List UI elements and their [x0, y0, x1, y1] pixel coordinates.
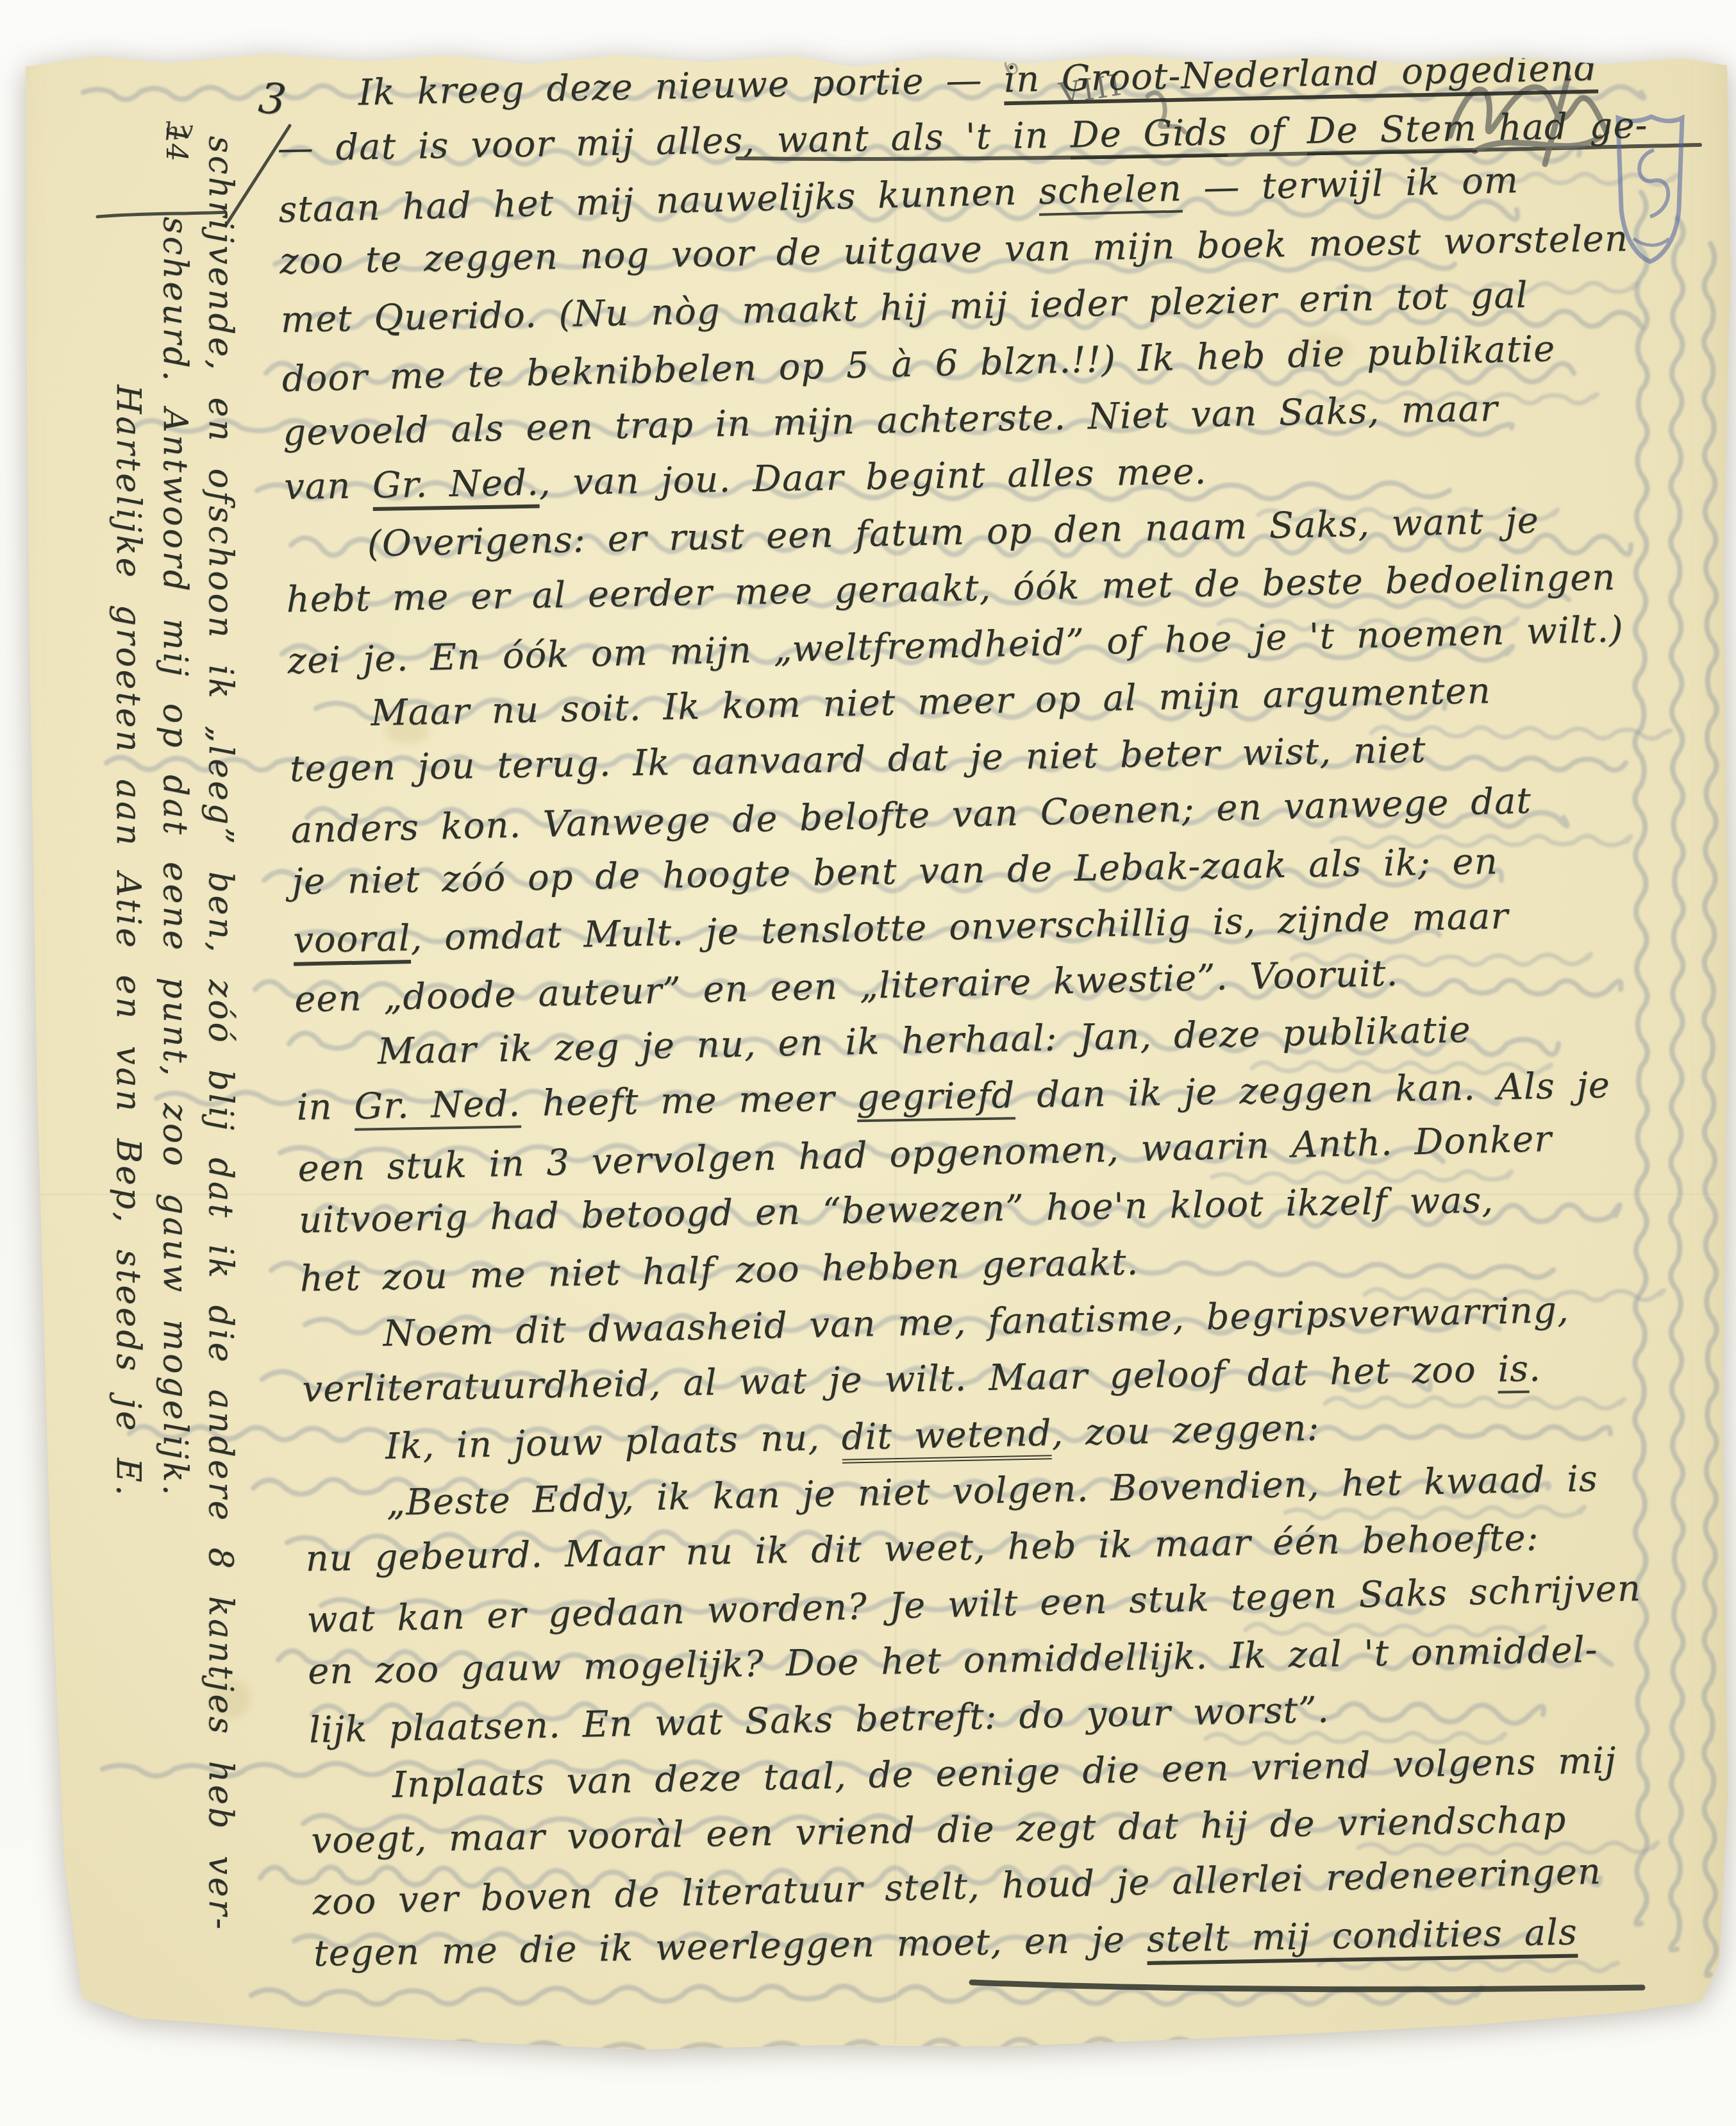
underlined-phrase: Gr. Ned. [372, 462, 539, 511]
text-segment: het zou me niet half zoo hebben geraakt. [299, 1241, 1139, 1300]
underlined-phrase: De Gids [1070, 112, 1228, 159]
letter-page: 3 hv 14 VIII 6 [0, 0, 1736, 2126]
margin-note-line: Hartelijke groeten aan Atie en van Bep, … [109, 385, 147, 1498]
paragraph: Maar nu soit. Ik kom niet meer op al mij… [288, 658, 1724, 1026]
paragraph: (Overigens: er rust een fatum op den naa… [285, 489, 1717, 687]
underlined-phrase: stelt mij condities als [1146, 1912, 1578, 1965]
paragraph: Maar ik zeg je nu, en ik herhaal: Jan, d… [295, 997, 1730, 1308]
text-segment: had ge- [1476, 105, 1648, 149]
text-segment: Ik kreeg deze nieuwe portie — [358, 59, 1005, 113]
underlined-phrase: vooral [293, 917, 412, 966]
text-segment: of [1227, 110, 1307, 153]
text-segment: Ik, in jouw plaats nu, [385, 1417, 842, 1468]
margin-note-line: scheurd. Antwoord mij op dat eene punt, … [156, 217, 194, 1498]
paragraph: „Beste Eddy, ik kan je niet volgen. Bove… [304, 1448, 1736, 1759]
text-segment: , zou zeggen: [1051, 1407, 1320, 1454]
underlined-phrase: dit wetend [841, 1412, 1052, 1464]
paper-wrap: 3 hv 14 VIII 6 [0, 0, 1736, 2126]
ghost-script-stroke [251, 1986, 1482, 2004]
underlined-phrase: is [1498, 1348, 1530, 1394]
text-segment: , van jou. Daar begint alles mee. [538, 451, 1207, 504]
text-segment: — terwijl ik om [1181, 160, 1519, 210]
text-segment: staan had het mij nauwelijks kunnen [278, 171, 1039, 231]
text-segment: . [1528, 1348, 1541, 1389]
text-segment: tegen me die ik weerleggen moet, en je [313, 1919, 1148, 1975]
underlined-phrase: schelen [1038, 168, 1182, 216]
margin-sequence-number: 14 [160, 126, 192, 162]
paragraph: Inplaats van deze taal, de eenige die ee… [310, 1730, 1736, 1985]
text-segment: dan ik je zeggen kan. Als je [1015, 1064, 1611, 1116]
ghost-script-stroke [1279, 2068, 1578, 2079]
text-segment: in [296, 1086, 355, 1129]
paragraph: Ik kreeg deze nieuwe portie — in Groot-N… [276, 38, 1714, 518]
underlined-phrase: De Stem [1306, 108, 1477, 155]
text-segment: van [284, 465, 373, 508]
ghost-script-stroke [285, 2039, 1414, 2061]
scanned-letter-screenshot: { "document": { "kind": "handwritten let… [0, 0, 1736, 2126]
underlined-phrase: Gr. Ned. [354, 1083, 521, 1130]
underlined-phrase: gegriefd [856, 1075, 1015, 1122]
closing-underline [972, 1982, 1642, 1989]
letter-body: Ik kreeg deze nieuwe portie — in Groot-N… [276, 38, 1736, 1984]
margin-note-line: schrijvende, en ofschoon ik „leeg” ben, … [201, 136, 240, 1932]
underlined-phrase: in Groot-Nederland opgediend [1003, 47, 1598, 106]
text-segment: — dat is voor mij alles, want als 't in [277, 115, 1071, 170]
text-segment: heeft me meer [521, 1077, 857, 1125]
